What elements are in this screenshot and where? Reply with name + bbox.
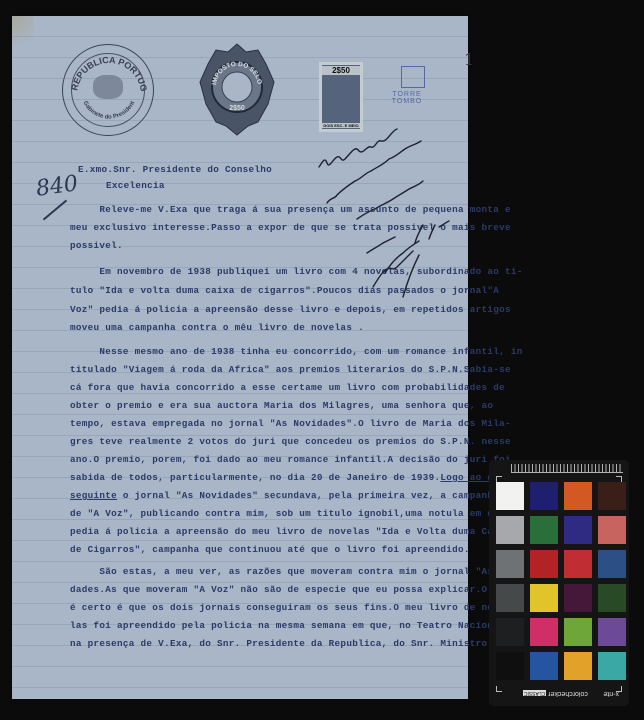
document-page: REPUBLICA PORTUGUESA Gabinete do Preside… [12,16,468,699]
revenue-stamp-value: 2$50 [322,66,360,75]
letter-line: tempo, estava empregada no jornal "As No… [70,418,511,429]
archive-number: 840 [34,171,79,202]
archive-number-stroke [43,200,67,221]
letter-line: São estas, a meu ver, as razões que move… [70,566,529,577]
edition-badge: CLASSIC [523,690,546,696]
letter-line: de Cigarros", campanha que continuou até… [70,544,470,555]
archive-stamp-line2: TOMBO [382,98,432,105]
xrite-logo: x-rite [603,690,619,697]
letter-line: titulado "Viagem á roda da Africa" aos p… [70,364,511,375]
letter-line: pedia á policia a apreensão do meu livro… [70,526,511,537]
tower-icon [401,66,425,88]
letter-line: de "A Voz", publicando contra mim, sob u… [70,508,523,519]
letter-line: possivel. [70,240,123,251]
color-patch [598,482,626,510]
archive-stamp-line1: TORRE [382,91,432,98]
presidency-seal: REPUBLICA PORTUGUESA Gabinete do Preside… [62,44,154,136]
letter-line: obter o premio e era sua auctora Maria d… [70,400,493,411]
color-patch [496,482,524,510]
underlined-text: seguinte [70,490,117,501]
page-number: 1 [464,50,474,69]
archive-stamp: TORRE TOMBO [382,66,432,105]
handwritten-annotation [297,111,487,301]
letter-line: moveu uma campanha contra o mêu livro de… [70,322,364,333]
embossed-seal-value: 2$50 [229,105,245,112]
letter-line: é certo é que os dois jornais conseguira… [70,602,511,613]
letter-line: cá fora que havia concorrido a esse cert… [70,382,505,393]
color-patch [530,516,558,544]
letter-line: las foi apreendido pela policia na mesma… [70,620,511,631]
color-patch [496,584,524,612]
embossed-tax-seal: IMPOSTO DO SELO 2$50 [196,42,278,137]
color-checker-label: x-rite colorchecker CLASSIC [499,690,619,697]
color-patch [598,550,626,578]
letter-line: gres teve realmente 2 votos do juri que … [70,436,511,447]
svg-text:REPUBLICA PORTUGUESA: REPUBLICA PORTUGUESA [63,45,149,92]
ruler-scale [511,464,623,473]
letter-line: sabida de todos, particularmente, no dia… [70,472,505,483]
color-patch [496,652,524,680]
color-patch [598,652,626,680]
color-patch [564,516,592,544]
color-checker-card: x-rite colorchecker CLASSIC [489,460,629,706]
letter-line: seguinte o jornal "As Novidades" secunda… [70,490,499,501]
color-patch [598,516,626,544]
color-patch [496,618,524,646]
color-patch [530,652,558,680]
product-name: colorchecker [548,690,588,697]
letter-line: Voz" pedia á policia a apreensão desse l… [70,304,511,315]
letter-line: Nesse mesmo ano de 1938 tinha eu concorr… [70,346,523,357]
color-patch [564,584,592,612]
color-patch [496,516,524,544]
color-patch [598,584,626,612]
color-patches [496,482,626,680]
color-patch [496,550,524,578]
color-patch [564,618,592,646]
color-patch [530,482,558,510]
color-patch [564,550,592,578]
color-patch [598,618,626,646]
letter-line: ano.O premio, porem, foi dado ao meu rom… [70,454,511,465]
letter-line: dades.As que moveram "A Voz" não são de … [70,584,511,595]
color-patch [564,482,592,510]
seal-top-text: REPUBLICA PORTUGUESA [63,45,149,92]
color-patch [530,584,558,612]
color-patch [564,652,592,680]
salutation-line1: E.xmo.Snr. Presidente do Conselho [78,164,272,175]
letter-line: na presença de V.Exa, do Snr. Presidente… [70,638,505,649]
color-patch [530,618,558,646]
color-patch [530,550,558,578]
salutation-line2: Excelencia [106,180,165,191]
